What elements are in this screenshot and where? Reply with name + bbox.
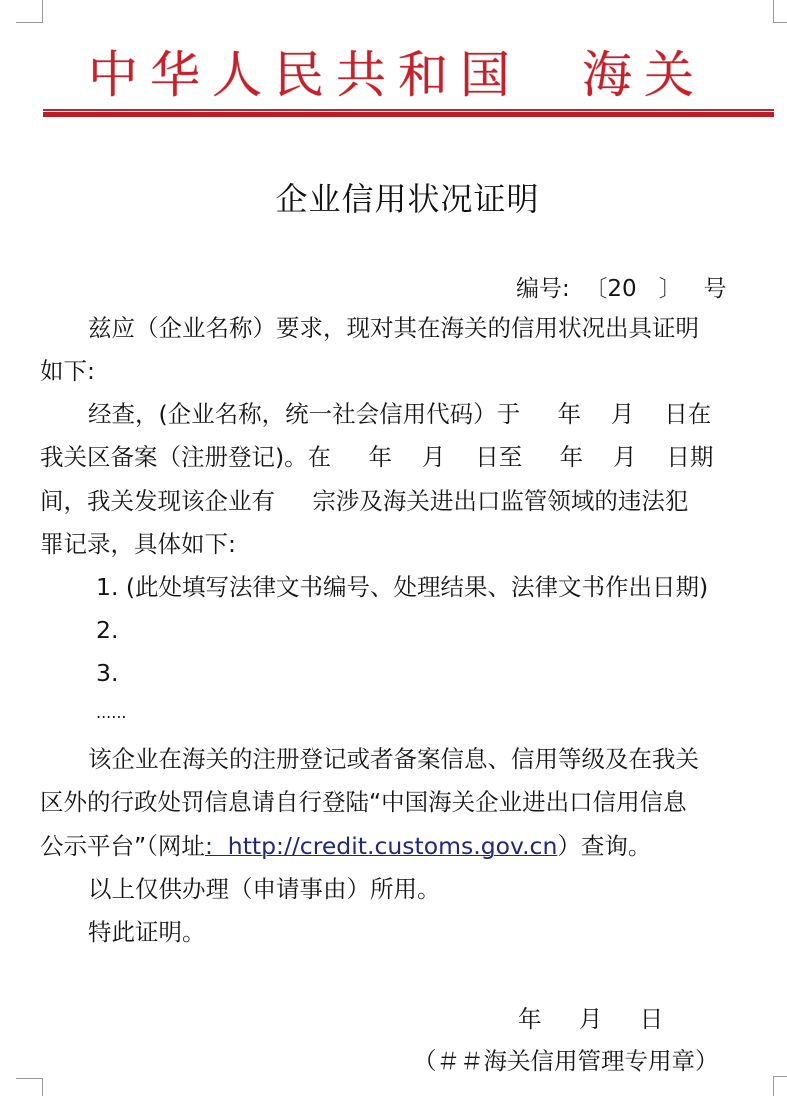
paragraph-findings-line-2: 我关区备案（注册登记)。在 年 月 日至 年 月 日期: [40, 440, 713, 474]
letterhead-rule-thin: [43, 109, 774, 111]
document-title: 企业信用状况证明: [0, 174, 787, 220]
record-item-1: 1. (此处填写法律文书编号、处理结果、法律文书作出日期): [96, 570, 708, 604]
paragraph-findings-line-1: 经查，(企业名称，统一社会信用代码）于 年 月 日在: [88, 397, 711, 431]
page-corner-mark-bottom-right: [773, 1076, 787, 1096]
document-number: 编号: 〔20 〕 号: [516, 270, 727, 303]
letterhead-title: 中华人民共和国 海关: [88, 38, 728, 104]
paragraph-request-line-1: 兹应（企业名称）要求，现对其在海关的信用状况出具证明: [88, 311, 699, 345]
official-stamp-label: （＃＃海关信用管理专用章）: [413, 1042, 719, 1076]
platform-line-prefix: 公示平台”（网址: [40, 832, 205, 860]
document-number-value: 〔20 〕 号: [584, 276, 726, 302]
paragraph-request-line-2: 如下:: [40, 354, 95, 388]
issue-date: 年 月 日: [518, 1000, 663, 1034]
platform-line-suffix: ）查询。: [557, 832, 651, 860]
document-number-label: 编号:: [516, 276, 570, 302]
record-item-ellipsis: ......: [96, 696, 127, 730]
paragraph-findings-line-4: 罪记录，具体如下:: [40, 527, 236, 561]
letterhead-org-suffix: 海关: [582, 35, 706, 107]
closing-line: 特此证明。: [88, 915, 206, 949]
paragraph-platform-line-2: 区外的行政处罚信息请自行登陆“中国海关企业进出口信用信息: [40, 785, 687, 819]
letterhead-org-name: 中华人民共和国: [88, 35, 522, 107]
record-item-3: 3.: [96, 656, 118, 690]
page-corner-mark-bottom-left: [16, 1078, 43, 1096]
page-corner-mark-top-left: [16, 0, 43, 23]
purpose-line: 以上仅供办理（申请事由）所用。: [88, 872, 441, 906]
page-corner-mark-top-right: [773, 0, 787, 23]
credit-platform-link[interactable]: : http://credit.customs.gov.cn: [205, 832, 557, 860]
paragraph-findings-line-3: 间，我关发现该企业有 宗涉及海关进出口监管领域的违法犯: [40, 484, 688, 518]
record-item-2: 2.: [96, 613, 118, 647]
paragraph-platform-line-1: 该企业在海关的注册登记或者备案信息、信用等级及在我关: [88, 742, 699, 776]
letterhead-rule-thick: [43, 112, 774, 117]
paragraph-platform-line-3: 公示平台”（网址: http://credit.customs.gov.cn）查…: [40, 829, 651, 863]
